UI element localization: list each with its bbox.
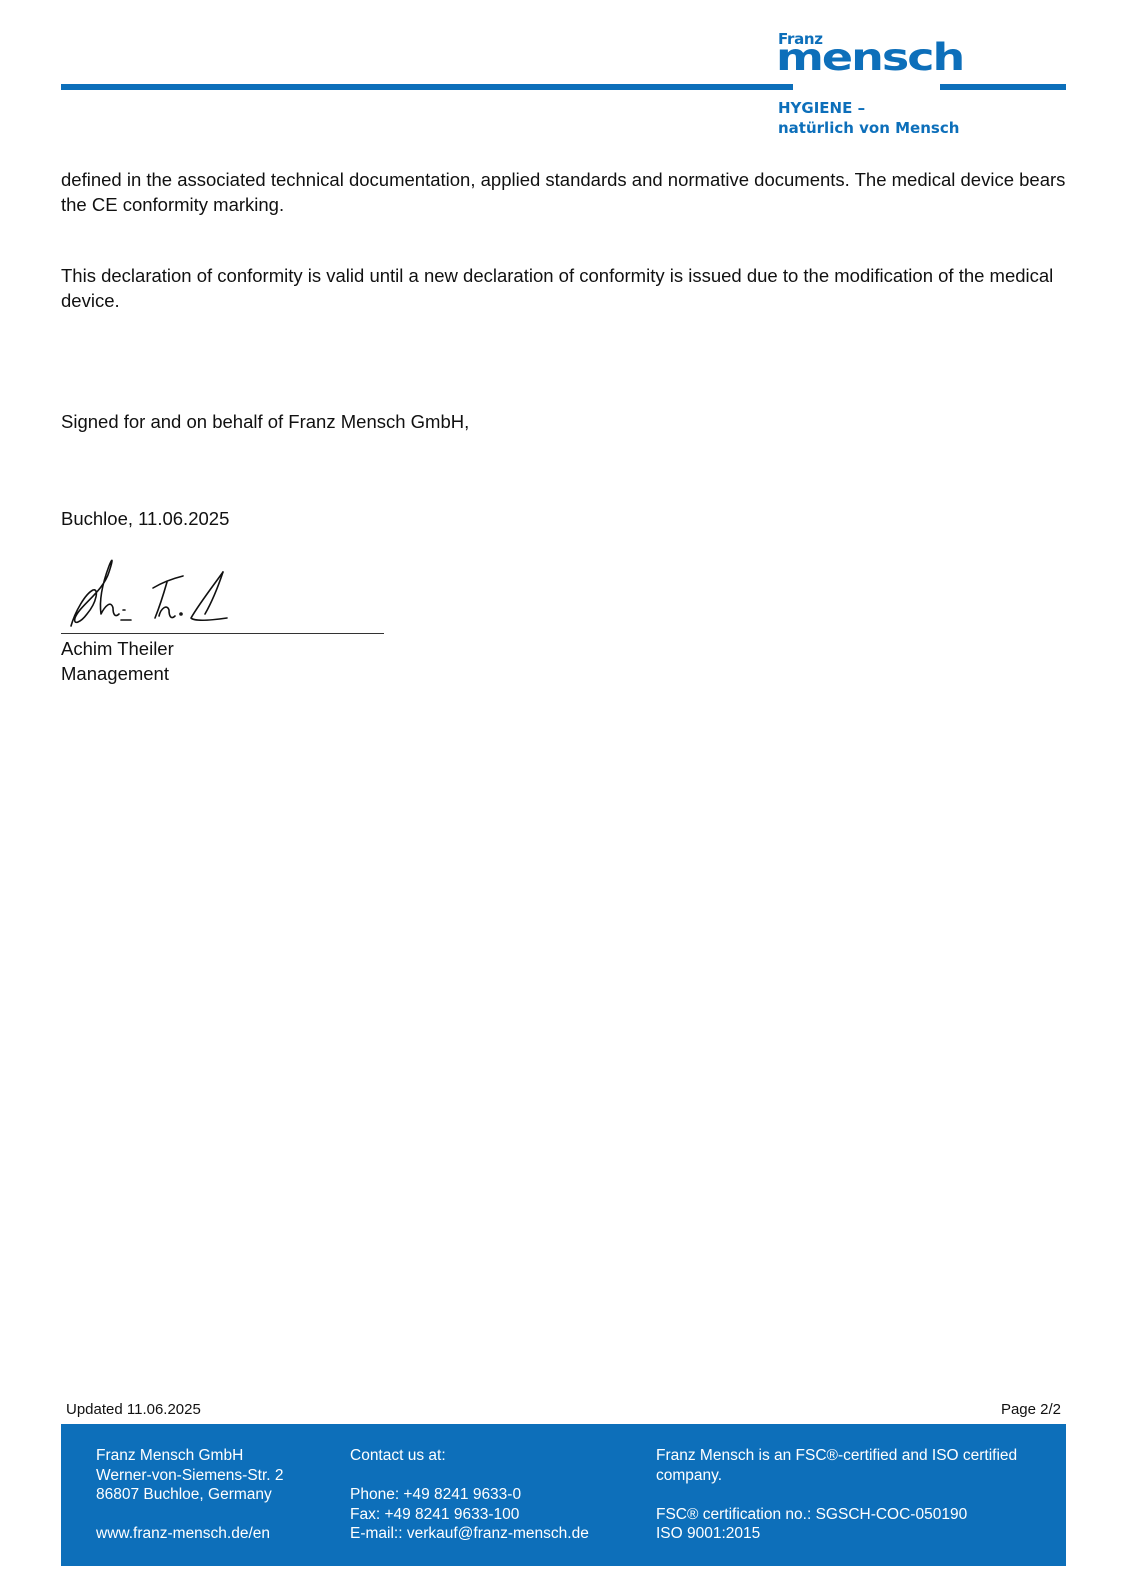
header-rule-left <box>61 84 793 90</box>
footer-email-link[interactable]: E-mail:: verkauf@franz-mensch.de <box>350 1524 589 1544</box>
tagline-line-1: HYGIENE – <box>778 98 959 118</box>
footer: Franz Mensch GmbH Werner-von-Siemens-Str… <box>61 1424 1066 1566</box>
footer-phone: Phone: +49 8241 9633-0 <box>350 1485 589 1505</box>
footer-company-name: Franz Mensch GmbH <box>96 1446 284 1466</box>
footer-street: Werner-von-Siemens-Str. 2 <box>96 1466 284 1486</box>
footer-iso-standard: ISO 9001:2015 <box>656 1524 1056 1544</box>
footer-website-link[interactable]: www.franz-mensch.de/en <box>96 1524 284 1544</box>
tagline: HYGIENE – natürlich von Mensch <box>778 98 959 138</box>
footer-cert-statement: Franz Mensch is an FSC®-certified and IS… <box>656 1446 1056 1485</box>
signer-name: Achim Theiler <box>61 636 174 661</box>
signature-icon <box>63 552 243 632</box>
footer-fax: Fax: +49 8241 9633-100 <box>350 1505 589 1525</box>
place-date: Buchloe, 11.06.2025 <box>61 506 1071 531</box>
paragraph-conformity-marking: defined in the associated technical docu… <box>61 167 1071 217</box>
footer-fsc-number: FSC® certification no.: SGSCH-COC-050190 <box>656 1505 1056 1525</box>
footer-contact: Contact us at: Phone: +49 8241 9633-0 Fa… <box>350 1446 589 1544</box>
logo-mensch-text: mensch <box>776 34 963 80</box>
signer-role: Management <box>61 661 174 686</box>
signer-block: Achim Theiler Management <box>61 636 174 686</box>
paragraph-signed-on-behalf: Signed for and on behalf of Franz Mensch… <box>61 409 1071 434</box>
signature-line <box>61 633 384 634</box>
updated-date: Updated 11.06.2025 <box>66 1401 201 1418</box>
header-rule-right <box>940 84 1066 90</box>
page-number: Page 2/2 <box>1001 1401 1061 1418</box>
footer-contact-heading: Contact us at: <box>350 1446 589 1466</box>
paragraph-validity: This declaration of conformity is valid … <box>61 263 1071 313</box>
tagline-line-2: natürlich von Mensch <box>778 118 959 138</box>
footer-city: 86807 Buchloe, Germany <box>96 1485 284 1505</box>
footer-certification: Franz Mensch is an FSC®-certified and IS… <box>656 1446 1056 1544</box>
footer-address: Franz Mensch GmbH Werner-von-Siemens-Str… <box>96 1446 284 1544</box>
